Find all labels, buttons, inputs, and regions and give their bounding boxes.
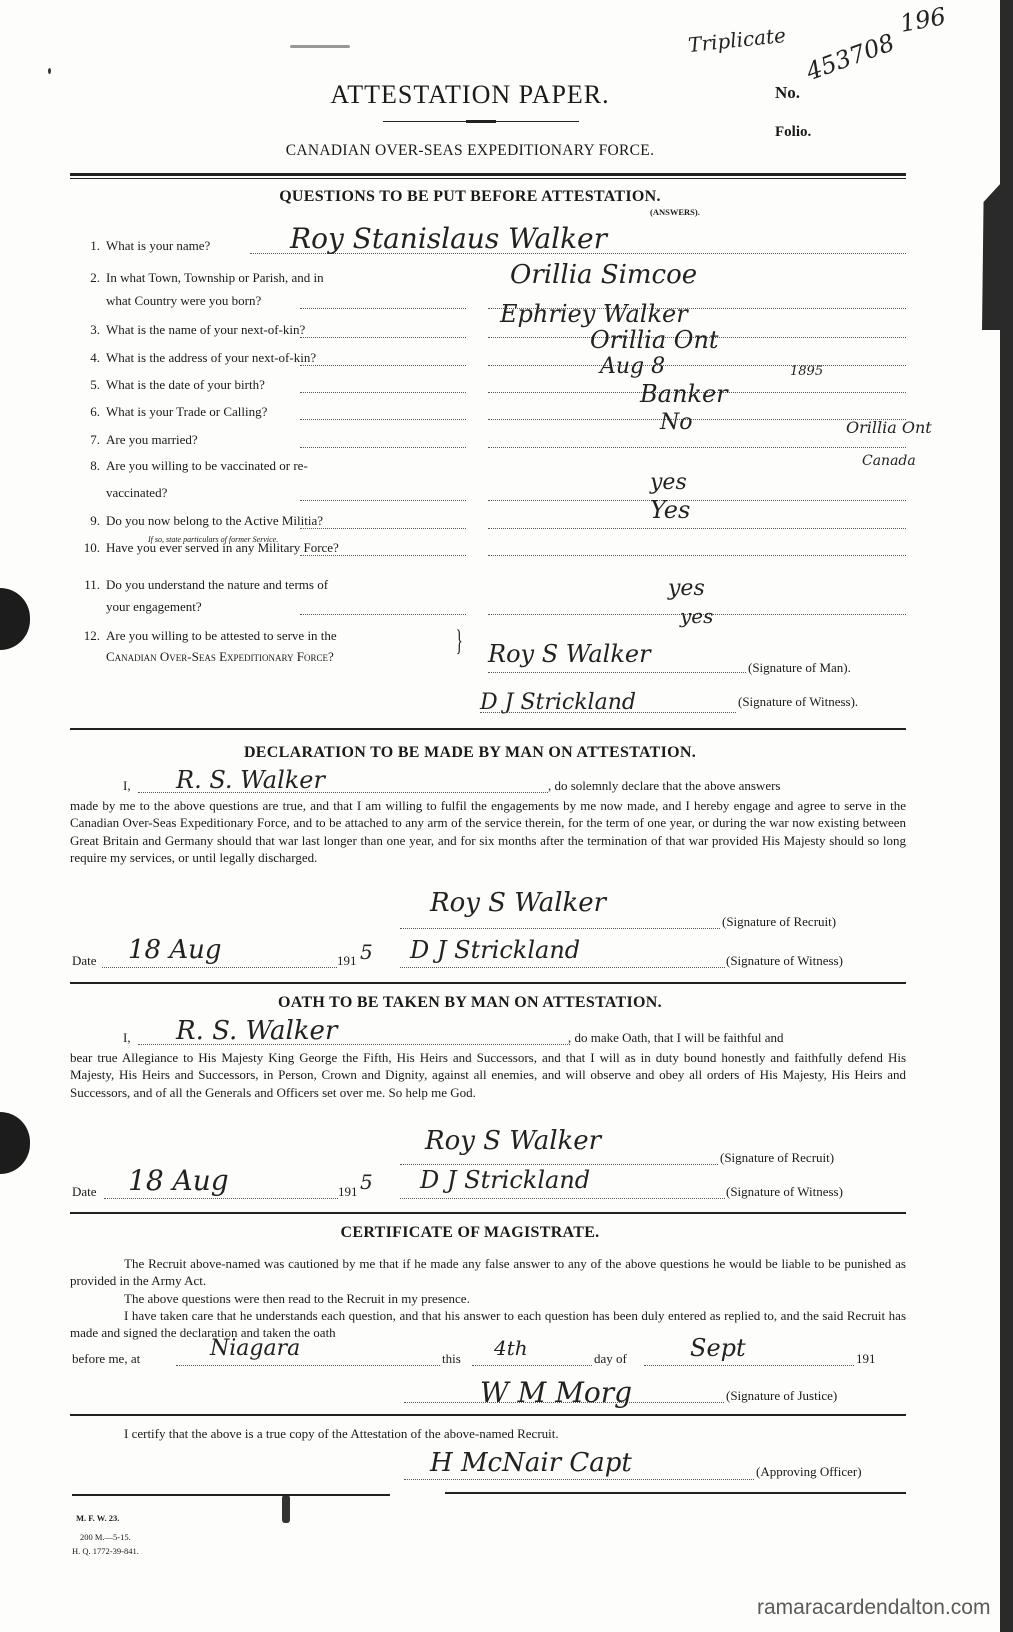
oath-signature-witness: D J Strickland: [420, 1166, 590, 1194]
question-number: 11.: [76, 577, 100, 593]
question-text: Are you willing to be vaccinated or re-: [106, 458, 308, 473]
triplicate-annotation: Triplicate: [687, 23, 787, 57]
signature-line: [404, 1479, 754, 1480]
signature-of-approving-officer: H McNair Capt: [430, 1448, 632, 1478]
date-line: [104, 1198, 338, 1199]
question-number: 7.: [76, 432, 100, 448]
signature-line: [488, 672, 746, 673]
question-8: 8.Are you willing to be vaccinated or re…: [76, 458, 308, 474]
question-text: Are you willing to be attested to serve …: [106, 628, 337, 643]
magistrate-year-label: 191: [856, 1351, 876, 1367]
answers-label: (ANSWERS).: [650, 207, 700, 217]
question-number: 2.: [76, 270, 100, 286]
answer-line: [488, 555, 906, 556]
date-label: Date: [72, 953, 97, 969]
brace-glyph: }: [456, 624, 463, 658]
oath-text-start: , do make Oath, that I will be faithful …: [568, 1030, 906, 1046]
answer-8: yes: [650, 470, 687, 495]
certification-text: I certify that the above is a true copy …: [124, 1426, 559, 1442]
year-prefix: 191: [337, 953, 357, 969]
answer-line: [488, 365, 906, 366]
regimental-number-value: 453708: [802, 28, 898, 86]
declaration-name: R. S. Walker: [176, 766, 325, 794]
divider: [70, 982, 906, 984]
question-text: What is the date of your birth?: [106, 377, 265, 392]
answer-12: yes: [680, 604, 713, 628]
question-leader-dots: [300, 614, 466, 615]
question-6: 6.What is your Trade or Calling?: [76, 404, 267, 420]
question-text: What is your Trade or Calling?: [106, 404, 267, 419]
signature-of-witness-label: (Signature of Witness).: [738, 694, 858, 710]
scan-speck: [290, 45, 350, 48]
answer-line: [488, 528, 906, 529]
question-4: 4.What is the address of your next-of-ki…: [76, 350, 316, 366]
answer-3: Ephriey Walker: [500, 300, 688, 328]
signature-of-justice-label: (Signature of Justice): [726, 1388, 837, 1404]
question-7: 7.Are you married?: [76, 432, 198, 448]
date-label: Date: [72, 1184, 97, 1200]
signature-of-witness-label: (Signature of Witness): [726, 1184, 843, 1200]
question-leader-dots: [300, 447, 466, 448]
place-line: [176, 1365, 440, 1366]
divider: [70, 1414, 906, 1416]
magistrate-day: 4th: [494, 1336, 528, 1360]
divider: [466, 120, 496, 123]
question-leader-dots: [300, 308, 466, 309]
signature-of-recruit-label: (Signature of Recruit): [720, 1150, 834, 1166]
question-number: 5.: [76, 377, 100, 393]
oath-heading: OATH TO BE TAKEN BY MAN ON ATTESTATION.: [0, 994, 940, 1012]
answer-line: [488, 500, 906, 501]
form-code: M. F. W. 23.: [76, 1511, 119, 1525]
question-number: 10.: [76, 540, 100, 556]
question-leader-dots: [300, 392, 466, 393]
before-me-label: before me, at: [72, 1351, 140, 1367]
divider: [445, 1492, 906, 1494]
question-leader-dots: [300, 337, 466, 338]
regimental-number-label: No.: [775, 83, 800, 103]
magistrate-body: The Recruit above-named was cautioned by…: [70, 1255, 906, 1341]
divider: [70, 1212, 906, 1214]
question-3: 3.What is the name of your next-of-kin?: [76, 322, 305, 338]
day-line: [472, 1365, 592, 1366]
year-prefix: 191: [338, 1184, 358, 1200]
question-leader-dots: [300, 528, 466, 529]
oath-date: 18 Aug: [128, 1164, 229, 1197]
signature-line: [400, 967, 725, 968]
question-text: Do you now belong to the Active Militia?: [106, 513, 323, 528]
magistrate-place: Niagara: [210, 1336, 300, 1361]
month-line: [644, 1365, 854, 1366]
question-number: 12.: [76, 628, 100, 644]
divider: [72, 1494, 390, 1496]
signature-line: [400, 928, 720, 929]
answer-1: Roy Stanislaus Walker: [290, 222, 607, 255]
oath-signature-recruit: Roy S Walker: [425, 1126, 601, 1156]
questions-heading: QUESTIONS TO BE PUT BEFORE ATTESTATION.: [0, 188, 940, 206]
signature-of-man-label: (Signature of Man).: [748, 660, 851, 676]
birthplace-margin-note: Canada: [862, 453, 916, 469]
oath-name: R. S. Walker: [176, 1016, 337, 1046]
year-suffix: 5: [360, 940, 373, 964]
question-leader-dots: [300, 500, 466, 501]
question-leader-dots: [300, 555, 466, 556]
signature-line: [480, 712, 736, 713]
answer-11: yes: [668, 576, 705, 601]
question-text-continued: what Country were you born?: [106, 293, 261, 309]
declaration-signature-recruit: Roy S Walker: [430, 888, 606, 918]
oath-prefix: I,: [123, 1030, 131, 1046]
signature-of-justice: W M Morg: [480, 1376, 632, 1409]
signature-of-man: Roy S Walker: [488, 640, 651, 668]
date-line: [102, 967, 337, 968]
magistrate-heading: CERTIFICATE OF MAGISTRATE.: [0, 1224, 940, 1242]
question-text-continued: Canadian Over-Seas Expeditionary Force?: [106, 649, 334, 665]
birth-year: 1895: [790, 364, 823, 379]
punch-hole: [0, 588, 30, 650]
oath-body: bear true Allegiance to His Majesty King…: [70, 1049, 906, 1101]
declaration-body: made by me to the above questions are tr…: [70, 797, 906, 866]
signature-line: [404, 1402, 724, 1403]
divider: [70, 728, 906, 730]
declaration-text-start: , do solemnly declare that the above ans…: [548, 778, 906, 794]
signature-of-recruit-label: (Signature of Recruit): [722, 914, 836, 930]
document-subtitle: CANADIAN OVER-SEAS EXPEDITIONARY FORCE.: [0, 142, 940, 160]
hq-reference: H. Q. 1772-39-841.: [72, 1544, 139, 1558]
ink-blot: [282, 1495, 290, 1523]
answer-5: Aug 8: [600, 354, 665, 379]
question-5: 5.What is the date of your birth?: [76, 377, 265, 393]
declaration-date: 18 Aug: [128, 935, 222, 965]
scan-edge-shadow: [1001, 440, 1013, 1632]
magistrate-month: Sept: [690, 1334, 746, 1362]
answer-line: [488, 447, 906, 448]
former-service-note: If so, state particulars of former Servi…: [148, 535, 278, 544]
print-run: 200 M.—5-15.: [80, 1530, 131, 1544]
day-of-label: day of: [594, 1351, 627, 1367]
answer-7: No: [660, 410, 693, 435]
question-number: 4.: [76, 350, 100, 366]
website-watermark: ramaracardendalton.com: [757, 1596, 990, 1620]
question-number: 3.: [76, 322, 100, 338]
year-suffix: 5: [360, 1170, 373, 1194]
question-text: What is the address of your next-of-kin?: [106, 350, 316, 365]
answer-2: Orillia Simcoe: [510, 260, 697, 290]
question-leader-dots: [300, 365, 466, 366]
approving-officer-label: (Approving Officer): [756, 1464, 862, 1480]
signature-of-witness-label: (Signature of Witness): [726, 953, 843, 969]
question-number: 1.: [76, 238, 100, 254]
question-text-continued: your engagement?: [106, 599, 202, 615]
question-text: Are you married?: [106, 432, 198, 447]
scan-edge-shadow: [982, 170, 1013, 330]
punch-hole: [0, 1112, 30, 1174]
question-text-continued: vaccinated?: [106, 485, 167, 501]
question-number: 8.: [76, 458, 100, 474]
this-label: this: [442, 1351, 461, 1367]
answer-9: Yes: [650, 496, 690, 524]
divider: [70, 173, 906, 176]
question-text: What is the name of your next-of-kin?: [106, 322, 305, 337]
question-text: What is your name?: [106, 238, 210, 253]
reference-annotation: 196: [898, 2, 948, 38]
question-text: Do you understand the nature and terms o…: [106, 577, 328, 592]
divider: [70, 178, 906, 179]
question-1: 1.What is your name?: [76, 238, 210, 254]
declaration-heading: DECLARATION TO BE MADE BY MAN ON ATTESTA…: [0, 744, 940, 762]
declaration-prefix: I,: [123, 778, 131, 794]
question-number: 6.: [76, 404, 100, 420]
question-2: 2.In what Town, Township or Parish, and …: [76, 270, 324, 286]
question-text: In what Town, Township or Parish, and in: [106, 270, 324, 285]
signature-line: [400, 1198, 725, 1199]
question-leader-dots: [300, 419, 466, 420]
answer-6: Banker: [640, 380, 728, 408]
answer-line: [488, 419, 906, 420]
declaration-signature-witness: D J Strickland: [410, 936, 580, 964]
question-11: 11.Do you understand the nature and term…: [76, 577, 328, 593]
question-number: 9.: [76, 513, 100, 529]
birthplace-margin-note: Orillia Ont: [846, 418, 932, 437]
answer-4: Orillia Ont: [590, 326, 719, 354]
question-12: 12.Are you willing to be attested to ser…: [76, 628, 337, 644]
scan-speck: [48, 68, 51, 74]
question-9: 9.Do you now belong to the Active Militi…: [76, 513, 323, 529]
signature-line: [400, 1164, 718, 1165]
folio-label: Folio.: [775, 124, 811, 141]
